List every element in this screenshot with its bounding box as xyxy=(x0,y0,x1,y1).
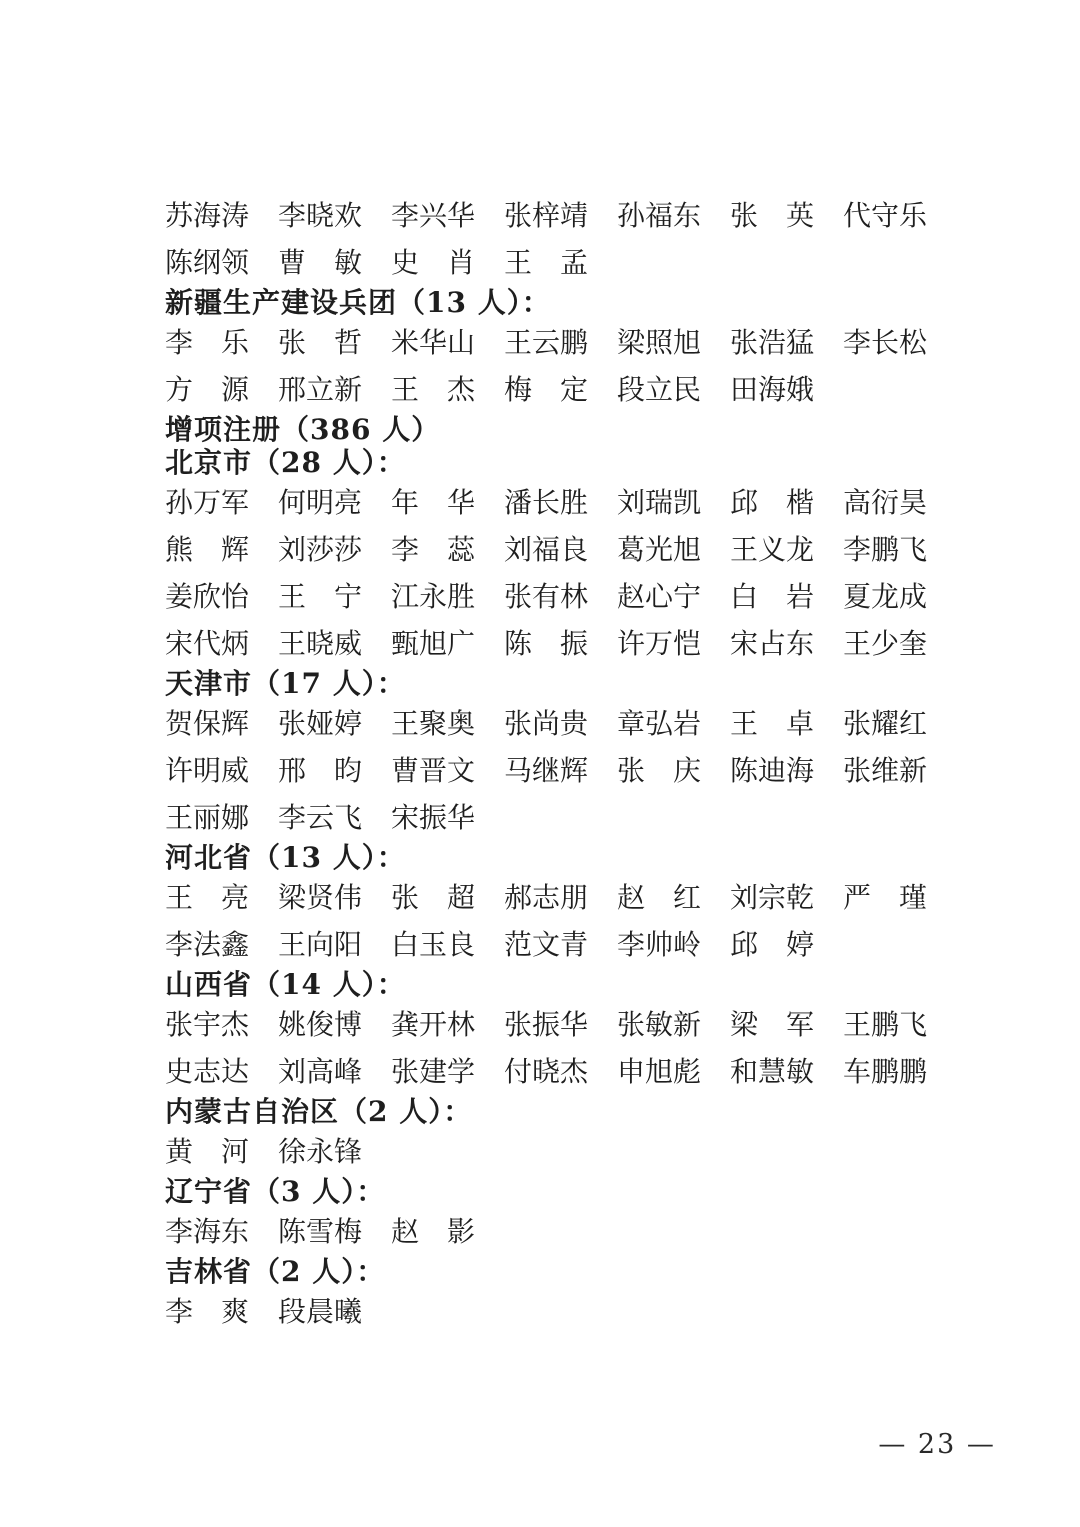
person-name: 陈纲领 xyxy=(165,249,249,277)
person-name: 张宇杰 xyxy=(165,1011,249,1039)
person-name: 张超 xyxy=(391,884,475,912)
person-name: 李鹏飞 xyxy=(843,536,927,564)
person-name: 葛光旭 xyxy=(617,536,701,564)
section-header: 天津市（17 人）： xyxy=(165,667,940,700)
person-name: 刘瑞凯 xyxy=(617,489,701,517)
page-footer: — 23 — xyxy=(836,1398,996,1491)
name-row: 李爽段晨曦 xyxy=(165,1288,940,1335)
person-name: 孙福东 xyxy=(617,202,701,230)
person-name: 李长松 xyxy=(843,329,927,357)
person-name: 王晓威 xyxy=(278,630,362,658)
section-header: 河北省（13 人）： xyxy=(165,841,940,874)
person-name: 段立民 xyxy=(617,376,701,404)
person-name: 甄旭广 xyxy=(391,630,475,658)
person-name: 李爽 xyxy=(165,1298,249,1326)
document-page: 苏海涛李晓欢李兴华张梓靖孙福东张英代守乐陈纲领曹敏史肖王孟新疆生产建设兵团（13… xyxy=(0,0,1080,1527)
name-row: 许明威邢昀曹晋文马继辉张庆陈迪海张维新 xyxy=(165,747,940,794)
person-name: 史志达 xyxy=(165,1058,249,1086)
person-name: 张建学 xyxy=(391,1058,475,1086)
person-name: 王亮 xyxy=(165,884,249,912)
person-name: 王向阳 xyxy=(278,931,362,959)
person-name: 曹晋文 xyxy=(391,757,475,785)
name-row: 熊辉刘莎莎李蕊刘福良葛光旭王义龙李鹏飞 xyxy=(165,526,940,573)
name-row: 姜欣怡王宁江永胜张有林赵心宁白岩夏龙成 xyxy=(165,573,940,620)
person-name: 姚俊博 xyxy=(278,1011,362,1039)
section-header: 新疆生产建设兵团（13 人）： xyxy=(165,286,940,319)
section-header: 北京市（28 人）： xyxy=(165,446,940,479)
person-name: 王孟 xyxy=(504,249,588,277)
person-name: 申旭彪 xyxy=(617,1058,701,1086)
person-name: 张振华 xyxy=(504,1011,588,1039)
person-name: 孙万军 xyxy=(165,489,249,517)
name-row: 黄河徐永锋 xyxy=(165,1128,940,1175)
person-name: 马继辉 xyxy=(504,757,588,785)
person-name: 王丽娜 xyxy=(165,804,249,832)
person-name: 梅定 xyxy=(504,376,588,404)
person-name: 许万恺 xyxy=(617,630,701,658)
name-row: 陈纲领曹敏史肖王孟 xyxy=(165,239,940,286)
person-name: 熊辉 xyxy=(165,536,249,564)
person-name: 李帅岭 xyxy=(617,931,701,959)
name-row: 孙万军何明亮年华潘长胜刘瑞凯邱楷高衍昊 xyxy=(165,479,940,526)
person-name: 徐永锋 xyxy=(278,1138,362,1166)
person-name: 邱婷 xyxy=(730,931,814,959)
person-name: 陈迪海 xyxy=(730,757,814,785)
person-name: 刘宗乾 xyxy=(730,884,814,912)
name-row: 史志达刘高峰张建学付晓杰申旭彪和慧敏车鹏鹏 xyxy=(165,1048,940,1095)
section-header: 内蒙古自治区（2 人）： xyxy=(165,1095,940,1128)
person-name: 田海娥 xyxy=(730,376,814,404)
person-name: 江永胜 xyxy=(391,583,475,611)
person-name: 和慧敏 xyxy=(730,1058,814,1086)
section-header: 山西省（14 人）： xyxy=(165,968,940,1001)
person-name: 邢立新 xyxy=(278,376,362,404)
person-name: 白岩 xyxy=(730,583,814,611)
person-name: 宋占东 xyxy=(730,630,814,658)
person-name: 李海东 xyxy=(165,1218,249,1246)
person-name: 陈振 xyxy=(504,630,588,658)
person-name: 赵心宁 xyxy=(617,583,701,611)
person-name: 龚开林 xyxy=(391,1011,475,1039)
person-name: 赵红 xyxy=(617,884,701,912)
name-row: 宋代炳王晓威甄旭广陈振许万恺宋占东王少奎 xyxy=(165,620,940,667)
person-name: 史肖 xyxy=(391,249,475,277)
name-row: 王丽娜李云飞宋振华 xyxy=(165,794,940,841)
person-name: 宋代炳 xyxy=(165,630,249,658)
person-name: 章弘岩 xyxy=(617,710,701,738)
person-name: 李晓欢 xyxy=(278,202,362,230)
person-name: 刘莎莎 xyxy=(278,536,362,564)
person-name: 张庆 xyxy=(617,757,701,785)
person-name: 曹敏 xyxy=(278,249,362,277)
person-name: 严瑾 xyxy=(843,884,927,912)
person-name: 代守乐 xyxy=(843,202,927,230)
person-name: 何明亮 xyxy=(278,489,362,517)
person-name: 宋振华 xyxy=(391,804,475,832)
person-name: 方源 xyxy=(165,376,249,404)
person-name: 王聚奥 xyxy=(391,710,475,738)
person-name: 李乐 xyxy=(165,329,249,357)
person-name: 王卓 xyxy=(730,710,814,738)
name-row: 李法鑫王向阳白玉良范文青李帅岭邱婷 xyxy=(165,921,940,968)
person-name: 郝志朋 xyxy=(504,884,588,912)
name-row: 李乐张哲米华山王云鹏梁照旭张浩猛李长松 xyxy=(165,319,940,366)
person-name: 李云飞 xyxy=(278,804,362,832)
person-name: 张维新 xyxy=(843,757,927,785)
person-name: 年华 xyxy=(391,489,475,517)
person-name: 刘福良 xyxy=(504,536,588,564)
person-name: 米华山 xyxy=(391,329,475,357)
person-name: 赵影 xyxy=(391,1218,475,1246)
person-name: 王鹏飞 xyxy=(843,1011,927,1039)
name-row: 苏海涛李晓欢李兴华张梓靖孙福东张英代守乐 xyxy=(165,192,940,239)
person-name: 李法鑫 xyxy=(165,931,249,959)
person-name: 段晨曦 xyxy=(278,1298,362,1326)
person-name: 范文青 xyxy=(504,931,588,959)
page-number: — 23 — xyxy=(878,1429,996,1460)
name-row: 张宇杰姚俊博龚开林张振华张敏新梁军王鹏飞 xyxy=(165,1001,940,1048)
person-name: 张敏新 xyxy=(617,1011,701,1039)
person-name: 张耀红 xyxy=(843,710,927,738)
person-name: 陈雪梅 xyxy=(278,1218,362,1246)
person-name: 张浩猛 xyxy=(730,329,814,357)
person-name: 白玉良 xyxy=(391,931,475,959)
section-header: 吉林省（2 人）： xyxy=(165,1255,940,1288)
section-header: 辽宁省（3 人）： xyxy=(165,1175,940,1208)
person-name: 高衍昊 xyxy=(843,489,927,517)
name-row: 李海东陈雪梅赵影 xyxy=(165,1208,940,1255)
person-name: 王义龙 xyxy=(730,536,814,564)
person-name: 张娅婷 xyxy=(278,710,362,738)
person-name: 刘高峰 xyxy=(278,1058,362,1086)
person-name: 梁贤伟 xyxy=(278,884,362,912)
person-name: 贺保辉 xyxy=(165,710,249,738)
person-name: 李兴华 xyxy=(391,202,475,230)
person-name: 黄河 xyxy=(165,1138,249,1166)
person-name: 张尚贵 xyxy=(504,710,588,738)
person-name: 邱楷 xyxy=(730,489,814,517)
person-name: 邢昀 xyxy=(278,757,362,785)
person-name: 车鹏鹏 xyxy=(843,1058,927,1086)
name-row: 方源邢立新王杰梅定段立民田海娥 xyxy=(165,366,940,413)
person-name: 付晓杰 xyxy=(504,1058,588,1086)
person-name: 张哲 xyxy=(278,329,362,357)
person-name: 夏龙成 xyxy=(843,583,927,611)
person-name: 王宁 xyxy=(278,583,362,611)
person-name: 张梓靖 xyxy=(504,202,588,230)
person-name: 张有林 xyxy=(504,583,588,611)
person-name: 李蕊 xyxy=(391,536,475,564)
person-name: 张英 xyxy=(730,202,814,230)
name-row: 贺保辉张娅婷王聚奥张尚贵章弘岩王卓张耀红 xyxy=(165,700,940,747)
person-name: 许明威 xyxy=(165,757,249,785)
person-name: 王少奎 xyxy=(843,630,927,658)
person-name: 潘长胜 xyxy=(504,489,588,517)
name-row: 王亮梁贤伟张超郝志朋赵红刘宗乾严瑾 xyxy=(165,874,940,921)
section-header: 增项注册（386 人） xyxy=(165,413,940,446)
person-name: 梁照旭 xyxy=(617,329,701,357)
person-name: 苏海涛 xyxy=(165,202,249,230)
person-name: 王云鹏 xyxy=(504,329,588,357)
person-name: 姜欣怡 xyxy=(165,583,249,611)
person-name: 王杰 xyxy=(391,376,475,404)
document-body: 苏海涛李晓欢李兴华张梓靖孙福东张英代守乐陈纲领曹敏史肖王孟新疆生产建设兵团（13… xyxy=(165,192,940,1335)
person-name: 梁军 xyxy=(730,1011,814,1039)
